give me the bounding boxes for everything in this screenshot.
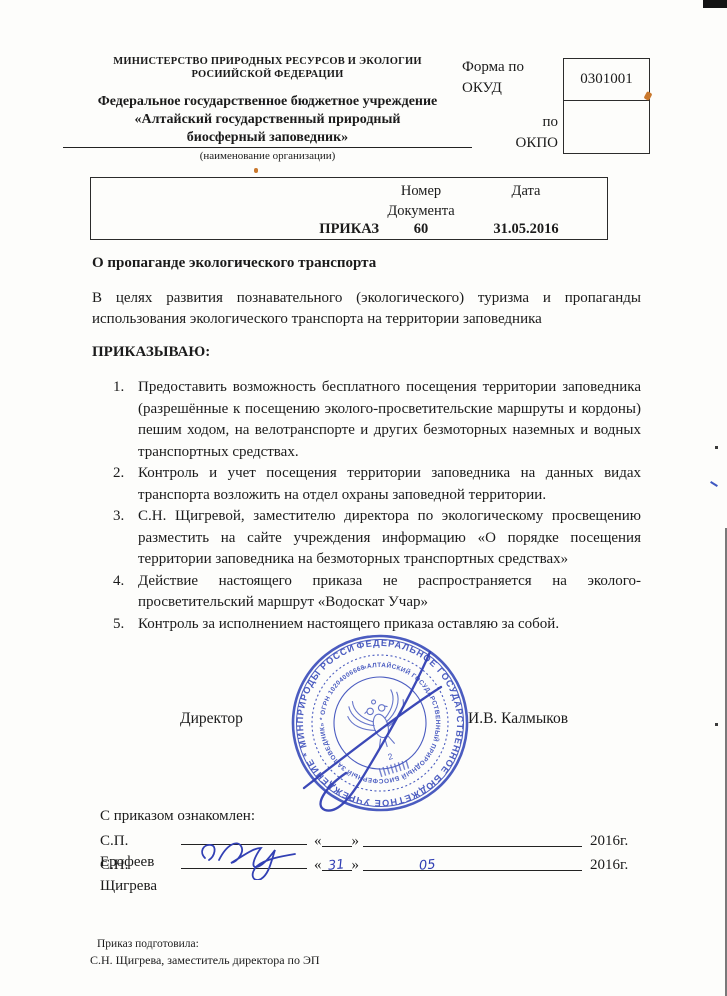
okud-form-label: Форма по ОКУД (462, 57, 524, 99)
acknowledger-name: С.Н. Щигрева (100, 855, 178, 897)
signature-line (181, 853, 307, 869)
order-item-text: С.Н. Щигревой, заместителю директора по … (138, 506, 641, 571)
number-column-header-line2: Документа (371, 203, 471, 220)
order-item-text: Действие настоящего приказа не распростр… (138, 571, 641, 614)
stamp-and-signature-graphic: ФЕДЕРАЛЬНОЕ ГОСУДАРСТВЕННОЕ БЮДЖЕТНОЕ УЧ… (262, 630, 492, 820)
day-line (322, 831, 352, 847)
order-items-list: 1. Предоставить возможность бесплатного … (92, 377, 641, 635)
scan-artifact-speck (715, 723, 718, 726)
scan-artifact-corner (703, 0, 727, 8)
order-item-number: 5. (92, 614, 138, 636)
organization-name-line3: биосферный заповедник» (63, 129, 472, 148)
doc-type-label: ПРИКАЗ (287, 221, 379, 238)
okud-form-label-line1: Форма по (462, 57, 524, 78)
ministry-name-line1: МИНИСТЕРСТВО ПРИРОДНЫХ РЕСУРСОВ И ЭКОЛОГ… (63, 55, 472, 68)
doc-date-value: 31.05.2016 (476, 221, 576, 238)
order-item-text: Предоставить возможность бесплатного пос… (138, 377, 641, 463)
year-label: 2016г. (590, 855, 634, 876)
organization-name-line1: Федеральное государственное бюджетное уч… (63, 93, 472, 111)
doc-number-value: 60 (371, 221, 471, 238)
scanned-order-document: МИНИСТЕРСТВО ПРИРОДНЫХ РЕСУРСОВ И ЭКОЛОГ… (0, 0, 727, 996)
number-column-header-line1: Номер (371, 183, 471, 200)
order-item-number: 3. (92, 506, 138, 571)
ministry-name-line2: РОСИИЙСКОЙ ФЕДЕРАЦИИ (63, 68, 472, 81)
acknowledgment-block: С приказом ознакомлен: С.П. Ерофеев « » … (100, 806, 634, 875)
letterhead: МИНИСТЕРСТВО ПРИРОДНЫХ РЕСУРСОВ И ЭКОЛОГ… (63, 55, 472, 164)
quote-close: » (352, 831, 360, 852)
stamp-eagle-emblem (344, 687, 415, 756)
day-value: 31 (327, 854, 345, 876)
acknowledgment-title: С приказом ознакомлен: (100, 806, 634, 827)
scan-artifact-speck (715, 446, 718, 449)
order-item-4: 4. Действие настоящего приказа не распро… (92, 571, 641, 614)
scan-artifact-speck (710, 481, 718, 487)
okud-form-label-line2: ОКУД (462, 78, 524, 99)
acknowledgment-row-1: С.П. Ерофеев « » 2016г. (100, 829, 634, 851)
year-label: 2016г. (590, 831, 634, 852)
quote-close: » (352, 855, 360, 876)
order-item-number: 4. (92, 571, 138, 614)
order-item-text: Контроль и учет посещения территории зап… (138, 463, 641, 506)
doc-header-table: Номер Дата Документа ПРИКАЗ 60 31.05.201… (90, 177, 608, 240)
stamp-center-mark: 2 (387, 751, 395, 762)
official-stamp: ФЕДЕРАЛЬНОЕ ГОСУДАРСТВЕННОЕ БЮДЖЕТНОЕ УЧ… (262, 630, 492, 820)
order-item-1: 1. Предоставить возможность бесплатного … (92, 377, 641, 463)
prepared-by-name: С.Н. Щигрева, заместитель директора по Э… (90, 952, 320, 968)
day-line: 31 (322, 855, 352, 871)
okpo-code-box (563, 101, 650, 154)
okpo-label: по ОКПО (462, 112, 558, 154)
order-item-2: 2. Контроль и учет посещения территории … (92, 463, 641, 506)
stamp-outer-ring-text: ФЕДЕРАЛЬНОЕ ГОСУДАРСТВЕННОЕ БЮДЖЕТНОЕ УЧ… (262, 630, 486, 820)
organization-caption: (наименование организации) (63, 149, 472, 164)
scan-artifact-speck (254, 168, 258, 173)
month-line: 05 (363, 855, 582, 871)
svg-text:ФЕДЕРАЛЬНОЕ ГОСУДАРСТВЕННОЕ: ФЕДЕРАЛЬНОЕ ГОСУДАРСТВЕННОЕ БЮДЖЕТНОЕ УЧ… (262, 630, 486, 820)
order-item-number: 1. (92, 377, 138, 463)
okud-code-box: 0301001 (563, 58, 650, 101)
month-line (363, 831, 582, 847)
okpo-label-line2: ОКПО (462, 133, 558, 154)
date-column-header: Дата (476, 183, 576, 200)
signature-line (181, 829, 307, 845)
okud-code-value: 0301001 (580, 71, 633, 88)
order-subject: О пропаганде экологического транспорта (92, 255, 376, 272)
month-value: 05 (418, 854, 436, 876)
quote-open: « (314, 855, 322, 876)
organization-name-line2: «Алтайский государственный природный (63, 111, 472, 129)
order-item-3: 3. С.Н. Щигревой, заместителю директора … (92, 506, 641, 571)
prepared-by-label: Приказ подготовила: (97, 936, 199, 952)
signer-title: Директор (180, 710, 243, 728)
resolution-word: ПРИКАЗЫВАЮ: (92, 344, 210, 361)
order-preamble: В целях развития познавательного (эколог… (92, 288, 641, 330)
quote-open: « (314, 831, 322, 852)
order-item-number: 2. (92, 463, 138, 506)
okpo-label-line1: по (462, 112, 558, 133)
acknowledgment-row-2: С.Н. Щигрева « 31 » 05 2016г. (100, 853, 634, 875)
